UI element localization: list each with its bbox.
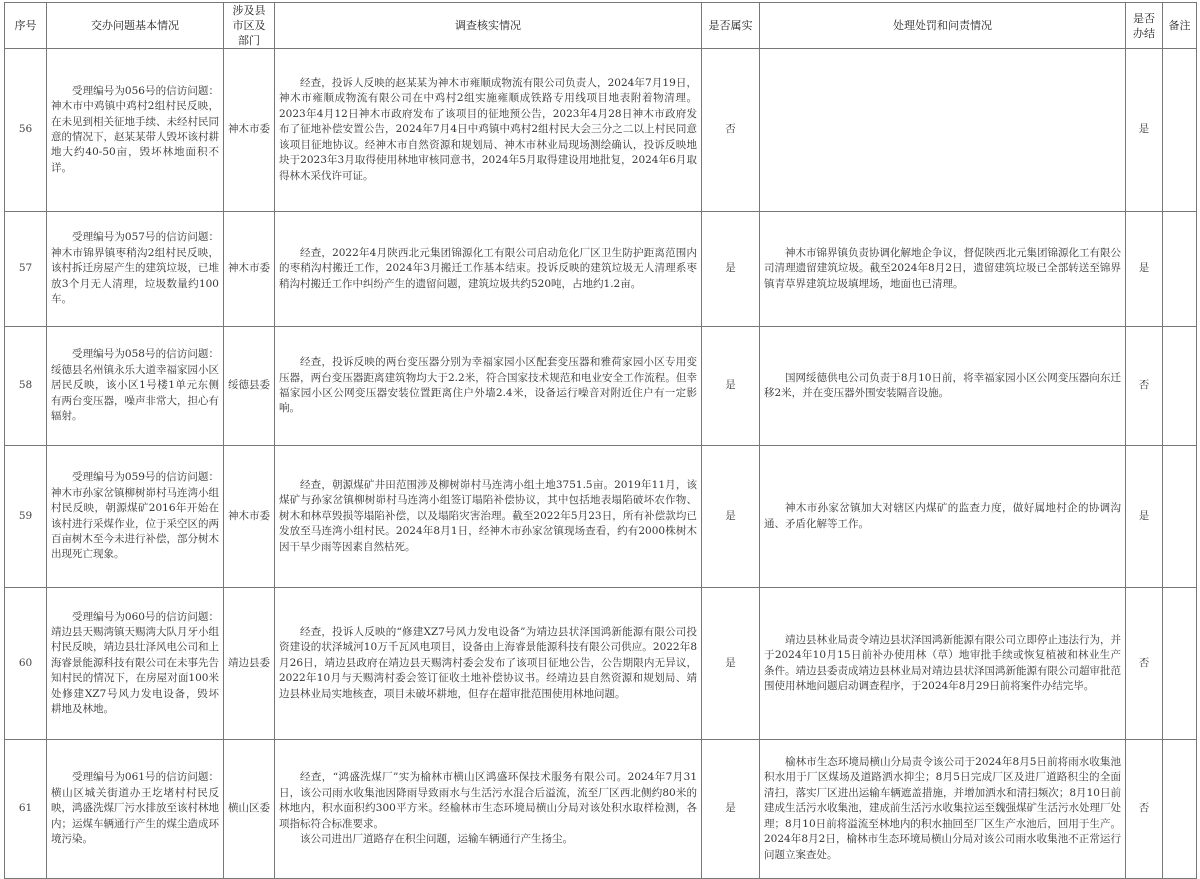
cell-handling: 神木市孙家岔镇加大对辖区内煤矿的监查力度，做好属地村企的协调沟通、矛盾化解等工作… [760,446,1126,588]
cell-dept: 神木市委 [224,446,275,588]
cell-handling: 靖边县林业局责令靖边县状泽国鸿新能源有限公司立即停止违法行为，并于2024年10… [760,588,1126,740]
cell-issue: 受理编号为056号的信访问题：神木市中鸡镇中鸡村2组村民反映，在未见到相关征地手… [47,49,224,212]
cell-remarks [1163,49,1197,212]
cell-verified: 是 [702,588,760,740]
cell-investigation: 经查，投诉人反映的赵某某为神木市雍顺成物流有限公司负责人，2024年7月19日，… [275,49,702,212]
cell-dept: 神木市委 [224,212,275,327]
cell-remarks [1163,588,1197,740]
cell-verified: 是 [702,740,760,873]
cell-issue: 受理编号为059号的信访问题：神木市孙家岔镇柳树峁村马连湾小组村民反映，朝源煤矿… [47,446,224,588]
header-issue: 交办问题基本情况 [47,3,224,49]
table-row: 57 受理编号为057号的信访问题：神木市锦界镇枣稍沟2组村民反映，该村拆迁房屋… [5,212,1197,327]
cell-closed: 是 [1126,212,1163,327]
cell-verified: 是 [702,212,760,327]
cell-investigation: 经查，“鸿盛洗煤厂”实为榆林市横山区鸿盛环保技术服务有限公司。2024年7月31… [275,740,702,873]
cell-issue: 受理编号为057号的信访问题：神木市锦界镇枣稍沟2组村民反映，该村拆迁房屋产生的… [47,212,224,327]
cell-investigation: 经查，朝源煤矿井田范围涉及柳树峁村马连湾小组土地3751.5亩。2019年11月… [275,446,702,588]
investigation-paragraph-2: 该公司进出厂道路存在积尘问题，运输车辆通行产生扬尘。 [279,832,697,847]
cell-closed: 否 [1126,327,1163,446]
cell-seq: 57 [5,212,47,327]
header-investigation: 调查核实情况 [275,3,702,49]
cell-seq: 60 [5,588,47,740]
cell-closed: 否 [1126,588,1163,740]
cell-investigation: 经查，投诉反映的两台变压器分别为幸福家园小区配套变压器和雅荷家园小区专用变压器，… [275,327,702,446]
cell-issue: 受理编号为061号的信访问题：横山区城关街道办王圪堵村村民反映，鸿盛洗煤厂污水排… [47,740,224,873]
cell-verified: 否 [702,49,760,212]
cell-closed: 是 [1126,49,1163,212]
table-row: 60 受理编号为060号的信访问题：靖边县天赐湾镇天赐湾大队月牙小组村民反映，靖… [5,588,1197,740]
header-remarks: 备注 [1163,3,1197,49]
table-row: 59 受理编号为059号的信访问题：神木市孙家岔镇柳树峁村马连湾小组村民反映，朝… [5,446,1197,588]
cell-handling: 国网绥德供电公司负责于8月10日前，将幸福家园小区公网变压器向东迁移2米，并在变… [760,327,1126,446]
header-dept: 涉及县市区及部门 [224,3,275,49]
cell-handling: 神木市锦界镇负责协调化解地企争议，督促陕西北元集团锦源化工有限公司清理遗留建筑垃… [760,212,1126,327]
petition-handling-table: 序号 交办问题基本情况 涉及县市区及部门 调查核实情况 是否属实 处理处罚和问责… [4,2,1197,872]
cell-handling [760,49,1126,212]
cell-remarks [1163,740,1197,873]
header-verified: 是否属实 [702,3,760,49]
cell-dept: 靖边县委 [224,588,275,740]
cell-verified: 是 [702,327,760,446]
table-row: 61 受理编号为061号的信访问题：横山区城关街道办王圪堵村村民反映，鸿盛洗煤厂… [5,740,1197,873]
header-closed: 是否办结 [1126,3,1163,49]
cell-seq: 58 [5,327,47,446]
cell-seq: 59 [5,446,47,588]
cell-investigation: 经查，投诉人反映的“修建XZ7号风力发电设备”为靖边县状泽国鸿新能源有限公司投资… [275,588,702,740]
cell-investigation: 经查，2022年4月陕西北元集团锦源化工有限公司启动危化厂区卫生防护距离范围内的… [275,212,702,327]
cell-closed: 是 [1126,446,1163,588]
header-seq: 序号 [5,3,47,49]
cell-dept: 绥德县委 [224,327,275,446]
table-header-row: 序号 交办问题基本情况 涉及县市区及部门 调查核实情况 是否属实 处理处罚和问责… [5,3,1197,49]
cell-handling: 榆林市生态环境局横山分局责令该公司于2024年8月5日前将雨水收集池积水用于厂区… [760,740,1126,873]
cell-remarks [1163,446,1197,588]
cell-issue: 受理编号为058号的信访问题：绥德县名州镇永乐大道幸福家园小区居民反映，该小区1… [47,327,224,446]
table-row: 56 受理编号为056号的信访问题：神木市中鸡镇中鸡村2组村民反映，在未见到相关… [5,49,1197,212]
cell-seq: 61 [5,740,47,873]
investigation-paragraph-1: 经查，“鸿盛洗煤厂”实为榆林市横山区鸿盛环保技术服务有限公司。2024年7月31… [279,770,697,832]
cell-remarks [1163,212,1197,327]
cell-remarks [1163,327,1197,446]
table-row: 58 受理编号为058号的信访问题：绥德县名州镇永乐大道幸福家园小区居民反映，该… [5,327,1197,446]
cell-verified: 是 [702,446,760,588]
cell-dept: 神木市委 [224,49,275,212]
cell-dept: 横山区委 [224,740,275,873]
header-handling: 处理处罚和问责情况 [760,3,1126,49]
cell-issue: 受理编号为060号的信访问题：靖边县天赐湾镇天赐湾大队月牙小组村民反映，靖边县壮… [47,588,224,740]
cell-closed: 否 [1126,740,1163,873]
cell-seq: 56 [5,49,47,212]
